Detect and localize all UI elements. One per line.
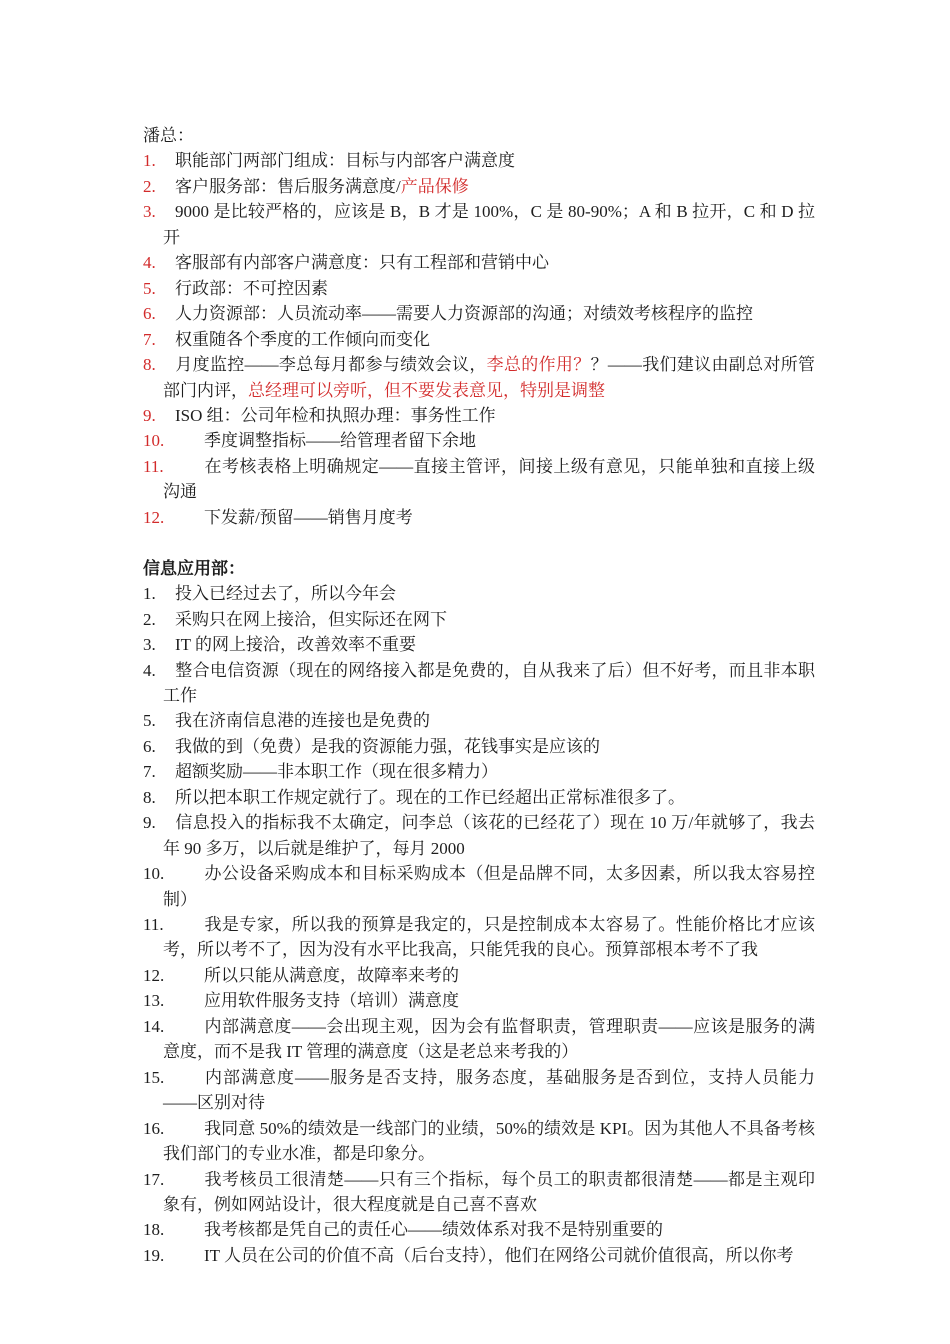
list-item: 7.权重随各个季度的工作倾向而变化 (143, 327, 815, 352)
list-item-number: 7. (143, 759, 175, 784)
list-item-text: IT 人员在公司的价值不高（后台支持），他们在网络公司就价值很高，所以你考 (204, 1246, 794, 1265)
list-item-text: 我考核员工很清楚——只有三个指标，每个员工的职责都很清楚——都是主观印象有，例如… (163, 1170, 815, 1214)
list-item-number: 9. (143, 810, 175, 835)
list-item: 17.我考核员工很清楚——只有三个指标，每个员工的职责都很清楚——都是主观印象有… (143, 1167, 815, 1218)
section-heading: 信息应用部： (143, 556, 815, 581)
list-item: 12.所以只能从满意度，故障率来考的 (143, 963, 815, 988)
list-item-number: 11. (143, 454, 204, 479)
list-item: 12.下发薪/预留——销售月度考 (143, 505, 815, 530)
list-item-number: 8. (143, 785, 175, 810)
list-item: 5.行政部：不可控因素 (143, 276, 815, 301)
list-item-text: 下发薪/预留——销售月度考 (204, 508, 413, 527)
list-item: 10.季度调整指标——给管理者留下余地 (143, 428, 815, 453)
list-item-number: 11. (143, 912, 204, 937)
list-item: 10.办公设备采购成本和目标采购成本（但是品牌不同，太多因素，所以我太容易控制） (143, 861, 815, 912)
list-item-number: 15. (143, 1065, 204, 1090)
numbered-list: 1.投入已经过去了，所以今年会2.采购只在网上接洽，但实际还在网下3.IT 的网… (143, 581, 815, 1268)
list-item: 2.客户服务部：售后服务满意度/产品保修 (143, 174, 815, 199)
list-item-text: 我是专家，所以我的预算是我定的，只是控制成本太容易了。性能价格比才应该考，所以考… (163, 915, 815, 959)
highlighted-red-text: 李总的作用？ (487, 355, 591, 374)
list-item-text: ISO 组：公司年检和执照办理：事务性工作 (175, 406, 496, 425)
list-item-number: 10. (143, 861, 204, 886)
list-item: 13.应用软件服务支持（培训）满意度 (143, 988, 815, 1013)
list-item: 11.在考核表格上明确规定——直接主管评，间接上级有意见，只能单独和直接上级沟通 (143, 454, 815, 505)
document-page: 潘总： 1.职能部门两部门组成：目标与内部客户满意度2.客户服务部：售后服务满意… (0, 0, 950, 1344)
list-item: 8.月度监控——李总每月都参与绩效会议，李总的作用？？——我们建议由副总对所管部… (143, 352, 815, 403)
list-item: 14.内部满意度——会出现主观，因为会有监督职责，管理职责——应该是服务的满意度… (143, 1014, 815, 1065)
document-body: 潘总： 1.职能部门两部门组成：目标与内部客户满意度2.客户服务部：售后服务满意… (0, 0, 950, 1268)
list-item-number: 1. (143, 148, 175, 173)
highlighted-red-text: 总经理可以旁听，但不要发表意见，特别是调整 (248, 381, 605, 400)
list-item-number: 10. (143, 428, 204, 453)
list-item-text: 月度监控——李总每月都参与绩效会议， (175, 355, 487, 374)
list-item-number: 12. (143, 963, 204, 988)
list-item-text: 9000 是比较严格的，应该是 B，B 才是 100%，C 是 80-90%；A… (163, 202, 815, 246)
list-item-text: 采购只在网上接洽，但实际还在网下 (175, 610, 447, 629)
list-item-number: 12. (143, 505, 204, 530)
list-item-number: 16. (143, 1116, 204, 1141)
list-item-number: 18. (143, 1217, 204, 1242)
list-item-number: 4. (143, 658, 175, 683)
list-item-text: 职能部门两部门组成：目标与内部客户满意度 (175, 151, 515, 170)
highlighted-red-text: 产品保修 (401, 177, 469, 196)
list-item: 3.IT 的网上接洽，改善效率不重要 (143, 632, 815, 657)
list-item-number: 2. (143, 174, 175, 199)
list-item-text: 我在济南信息港的连接也是免费的 (175, 711, 430, 730)
list-item-text: 超额奖励——非本职工作（现在很多精力） (175, 762, 498, 781)
list-item-number: 5. (143, 708, 175, 733)
list-item-text: 信息投入的指标我不太确定，问李总（该花的已经花了）现在 10 万/年就够了，我去… (163, 813, 815, 857)
list-item-text: 我同意 50%的绩效是一线部门的业绩，50%的绩效是 KPI。因为其他人不具备考… (163, 1119, 815, 1163)
list-item: 11.我是专家，所以我的预算是我定的，只是控制成本太容易了。性能价格比才应该考，… (143, 912, 815, 963)
list-item: 1.职能部门两部门组成：目标与内部客户满意度 (143, 148, 815, 173)
list-item-number: 6. (143, 301, 175, 326)
list-item: 19.IT 人员在公司的价值不高（后台支持），他们在网络公司就价值很高，所以你考 (143, 1243, 815, 1268)
list-item-text: 所以只能从满意度，故障率来考的 (204, 966, 459, 985)
list-item-number: 17. (143, 1167, 204, 1192)
list-item: 15.内部满意度——服务是否支持，服务态度，基础服务是否到位，支持人员能力——区… (143, 1065, 815, 1116)
list-item-text: 内部满意度——服务是否支持，服务态度，基础服务是否到位，支持人员能力——区别对待 (163, 1068, 815, 1112)
numbered-list: 1.职能部门两部门组成：目标与内部客户满意度2.客户服务部：售后服务满意度/产品… (143, 148, 815, 530)
list-item-text: 权重随各个季度的工作倾向而变化 (175, 330, 430, 349)
section-info-app: 信息应用部： 1.投入已经过去了，所以今年会2.采购只在网上接洽，但实际还在网下… (143, 556, 815, 1269)
list-item-number: 2. (143, 607, 175, 632)
list-item-number: 19. (143, 1243, 204, 1268)
list-item-text: 客服部有内部客户满意度：只有工程部和营销中心 (175, 253, 549, 272)
list-item: 9.ISO 组：公司年检和执照办理：事务性工作 (143, 403, 815, 428)
list-item-text: 投入已经过去了，所以今年会 (175, 584, 396, 603)
list-item-text: 应用软件服务支持（培训）满意度 (204, 991, 459, 1010)
list-item-text: 人力资源部：人员流动率——需要人力资源部的沟通；对绩效考核程序的监控 (175, 304, 753, 323)
list-item: 7.超额奖励——非本职工作（现在很多精力） (143, 759, 815, 784)
list-item-number: 3. (143, 199, 175, 224)
list-item: 6.我做的到（免费）是我的资源能力强，花钱事实是应该的 (143, 734, 815, 759)
list-item: 3.9000 是比较严格的，应该是 B，B 才是 100%，C 是 80-90%… (143, 199, 815, 250)
list-item-text: 客户服务部：售后服务满意度/ (175, 177, 401, 196)
list-item: 9.信息投入的指标我不太确定，问李总（该花的已经花了）现在 10 万/年就够了，… (143, 810, 815, 861)
list-item-number: 1. (143, 581, 175, 606)
list-item-number: 9. (143, 403, 175, 428)
list-item-text: 整合电信资源（现在的网络接入都是免费的，自从我来了后）但不好考，而且非本职工作 (163, 661, 815, 705)
list-item-number: 13. (143, 988, 204, 1013)
list-item-text: 办公设备采购成本和目标采购成本（但是品牌不同，太多因素，所以我太容易控制） (163, 864, 815, 908)
list-item: 4.客服部有内部客户满意度：只有工程部和营销中心 (143, 250, 815, 275)
list-item-text: 我考核都是凭自己的责任心——绩效体系对我不是特别重要的 (204, 1220, 663, 1239)
list-item-text: 我做的到（免费）是我的资源能力强，花钱事实是应该的 (175, 737, 600, 756)
list-item-number: 14. (143, 1014, 204, 1039)
list-item-number: 3. (143, 632, 175, 657)
section-heading: 潘总： (143, 123, 815, 148)
list-item-number: 7. (143, 327, 175, 352)
list-item-text: 行政部：不可控因素 (175, 279, 328, 298)
list-item: 5.我在济南信息港的连接也是免费的 (143, 708, 815, 733)
list-item: 1.投入已经过去了，所以今年会 (143, 581, 815, 606)
list-item: 18.我考核都是凭自己的责任心——绩效体系对我不是特别重要的 (143, 1217, 815, 1242)
list-item-text: 在考核表格上明确规定——直接主管评，间接上级有意见，只能单独和直接上级沟通 (163, 457, 815, 501)
list-item: 4.整合电信资源（现在的网络接入都是免费的，自从我来了后）但不好考，而且非本职工… (143, 658, 815, 709)
list-item-text: 季度调整指标——给管理者留下余地 (204, 431, 476, 450)
list-item-text: 内部满意度——会出现主观，因为会有监督职责，管理职责——应该是服务的满意度，而不… (163, 1017, 815, 1061)
list-item-number: 4. (143, 250, 175, 275)
list-item: 6.人力资源部：人员流动率——需要人力资源部的沟通；对绩效考核程序的监控 (143, 301, 815, 326)
list-item: 8.所以把本职工作规定就行了。现在的工作已经超出正常标准很多了。 (143, 785, 815, 810)
list-item: 2.采购只在网上接洽，但实际还在网下 (143, 607, 815, 632)
section-pan: 潘总： 1.职能部门两部门组成：目标与内部客户满意度2.客户服务部：售后服务满意… (143, 123, 815, 530)
list-item: 16.我同意 50%的绩效是一线部门的业绩，50%的绩效是 KPI。因为其他人不… (143, 1116, 815, 1167)
list-item-number: 6. (143, 734, 175, 759)
list-item-text: 所以把本职工作规定就行了。现在的工作已经超出正常标准很多了。 (175, 788, 685, 807)
list-item-text: IT 的网上接洽，改善效率不重要 (175, 635, 416, 654)
list-item-number: 5. (143, 276, 175, 301)
list-item-number: 8. (143, 352, 175, 377)
